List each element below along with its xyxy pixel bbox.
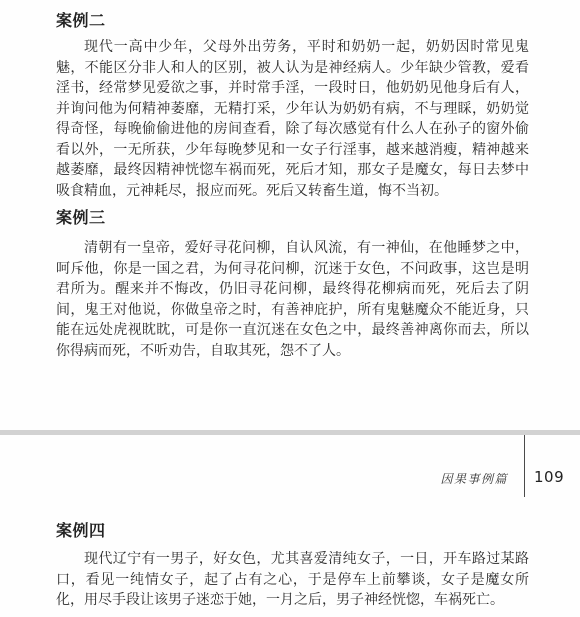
case-2-heading: 案例二 — [56, 12, 106, 31]
case-3-body: 清朝有一皇帝，爱好寻花问柳，自认风流，有一神仙，在他睡梦之中，呵斥他，你是一国之… — [56, 239, 529, 362]
case-2-body: 现代一高中少年，父母外出劳务，平时和奶奶一起，奶奶因时常见鬼魅，不能区分非人和人… — [56, 38, 529, 202]
case-3-heading: 案例三 — [56, 209, 106, 228]
running-head-rule — [524, 435, 525, 497]
case-4-heading: 案例四 — [56, 522, 106, 541]
page-number: 109 — [534, 468, 564, 486]
document-page: 案例二 现代一高中少年，父母外出劳务，平时和奶奶一起，奶奶因时常见鬼魅，不能区分… — [0, 0, 580, 617]
page-separator-bar — [0, 430, 580, 435]
case-4-body: 现代辽宁有一男子，好女色，尤其喜爱清纯女子，一日，开车路过某路口，看见一纯情女子… — [56, 550, 529, 612]
chapter-title: 因果事例篇 — [440, 470, 508, 487]
